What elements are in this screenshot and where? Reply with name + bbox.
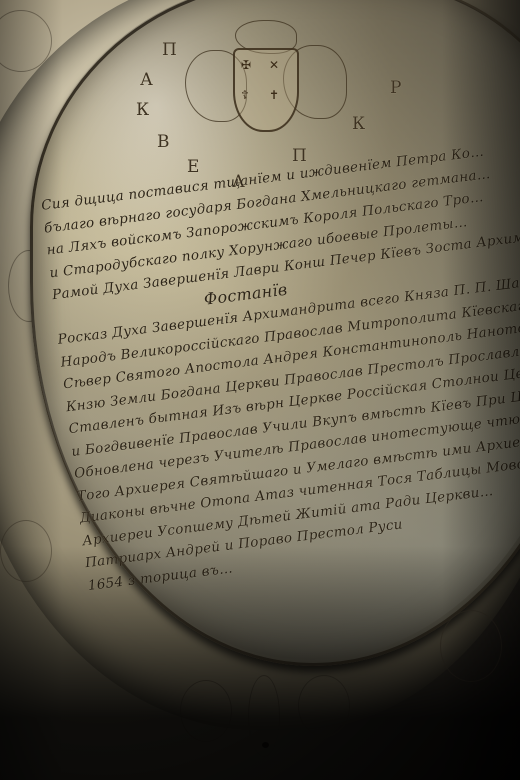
plaque-photo: ✠ ✕ ☦ ✝ П А К В Е А П К Р Сия дщица пост… [0,0,520,780]
vignette [0,0,520,780]
